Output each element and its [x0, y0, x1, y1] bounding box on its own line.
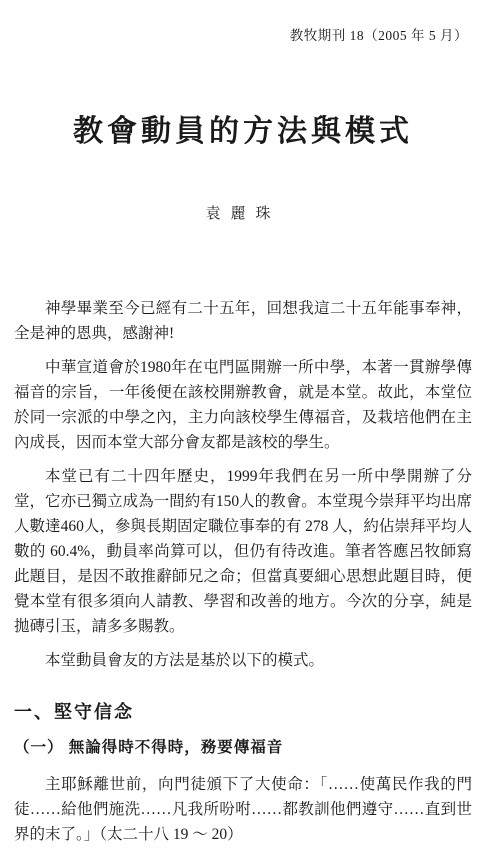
document-page: 教牧期刊 18（2005 年 5 月） 教會動員的方法與模式 袁麗珠 神學畢業至… — [0, 0, 502, 861]
section-heading: 一、堅守信念 — [14, 700, 472, 724]
paragraph-great-commission: 主耶穌離世前，向門徒頒下了大使命：「……使萬民作我的門徒……給他們施洗……凡我所… — [14, 772, 472, 847]
article-author: 袁麗珠 — [14, 204, 472, 224]
article-body: 神學畢業至今已經有二十五年，回想我這二十五年能事奉神，全是神的恩典，感謝神! 中… — [14, 296, 472, 847]
paragraph-intro-2: 中華宣道會於1980年在屯門區開辦一所中學，本著一貫辦學傳福音的宗旨，一年後便在… — [14, 355, 472, 455]
paragraph-intro-3: 本堂已有二十四年歷史，1999年我們在另一所中學開辦了分堂，它亦已獨立成為一間約… — [14, 464, 472, 639]
journal-header: 教牧期刊 18（2005 年 5 月） — [14, 27, 472, 44]
subsection-heading: （一） 無論得時不得時，務要傳福音 — [14, 737, 472, 758]
paragraph-intro-1: 神學畢業至今已經有二十五年，回想我這二十五年能事奉神，全是神的恩典，感謝神! — [14, 296, 472, 346]
paragraph-intro-4: 本堂動員會友的方法是基於以下的模式。 — [14, 648, 472, 673]
article-title: 教會動員的方法與模式 — [14, 112, 472, 152]
